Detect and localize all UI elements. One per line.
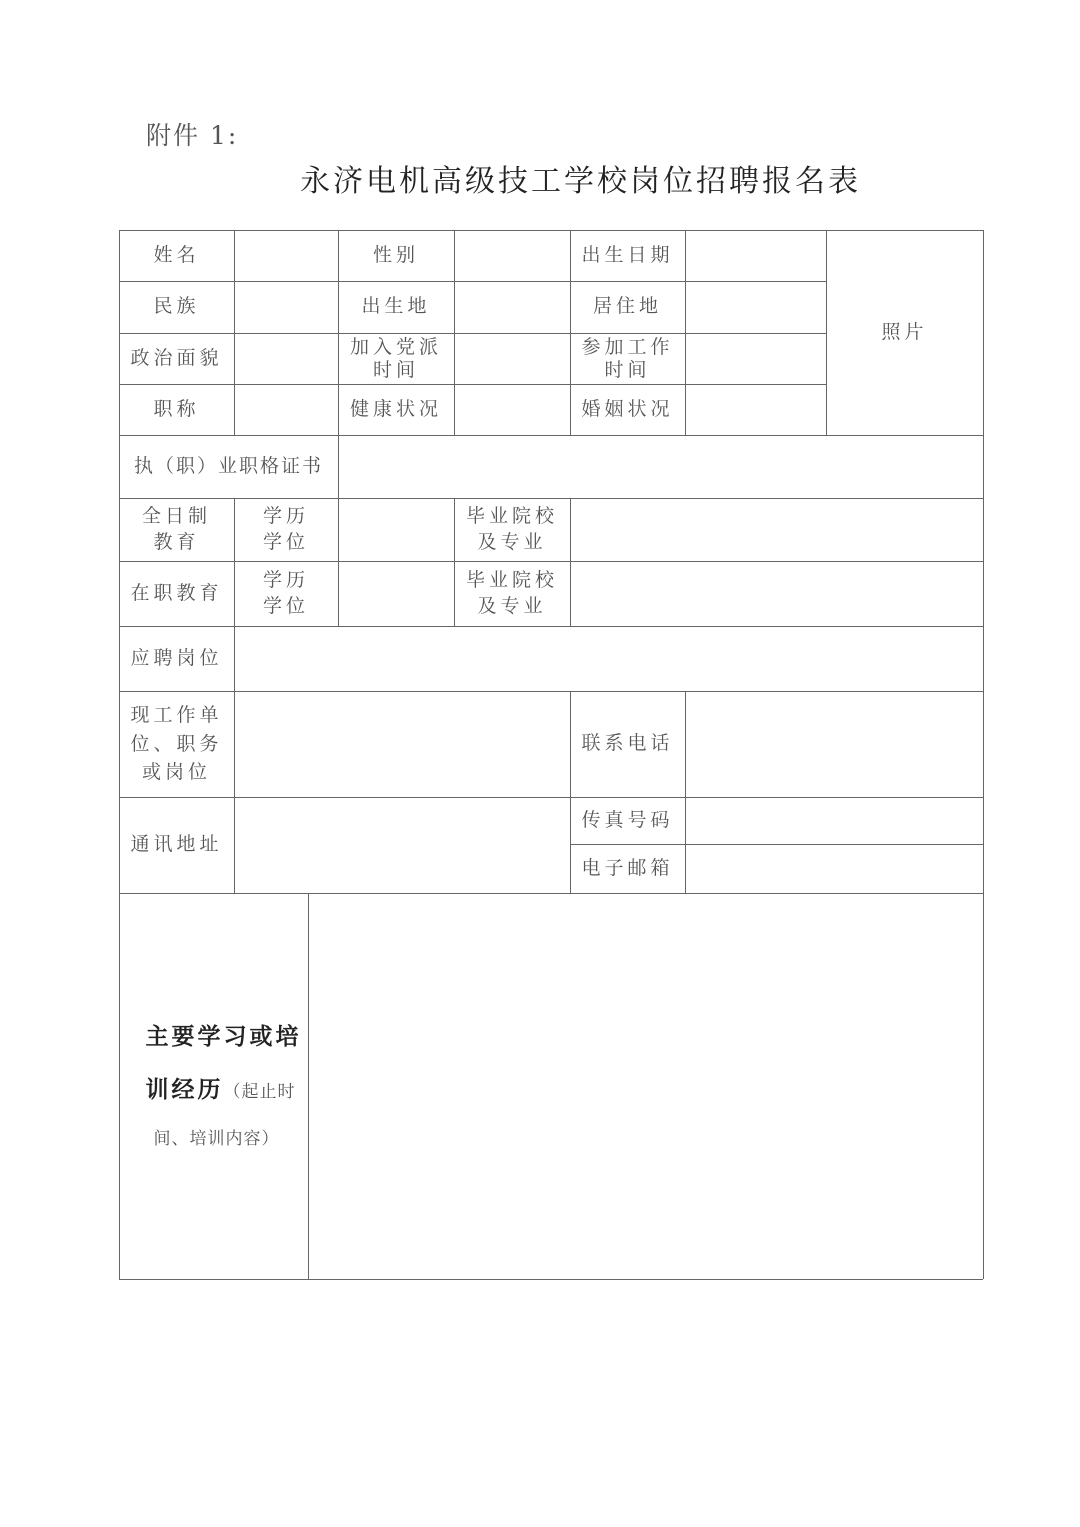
label-text: 学历 xyxy=(263,504,309,530)
label-birthplace: 出生地 xyxy=(338,281,454,333)
label-degree: 学历学位 xyxy=(234,498,338,561)
label-ethnicity: 民族 xyxy=(119,281,234,333)
label-text: 姓名 xyxy=(153,243,199,269)
label-text: 或岗位 xyxy=(130,758,222,787)
birth-date-field[interactable] xyxy=(685,230,826,281)
label-text: 时间 xyxy=(581,359,673,382)
label-text: 电子邮箱 xyxy=(581,856,673,882)
label-title-rank: 职称 xyxy=(119,384,234,435)
title-rank-field[interactable] xyxy=(234,384,338,435)
address-field[interactable] xyxy=(234,797,570,893)
label-text: 位、职务 xyxy=(130,730,222,759)
label-text: 加入党派 xyxy=(350,336,442,359)
label-text: 民族 xyxy=(153,294,199,320)
label-school-major: 毕业院校及专业 xyxy=(454,561,570,626)
label-text: 参加工作 xyxy=(581,336,673,359)
label-text: 毕业院校 xyxy=(466,504,558,530)
ethnicity-field[interactable] xyxy=(234,281,338,333)
label-position-applied: 应聘岗位 xyxy=(119,626,234,691)
label-text: 时间 xyxy=(350,359,442,382)
fulltime-degree-field[interactable] xyxy=(338,498,454,561)
label-experience: 主要学习或培 训经历（起止时 间、培训内容） xyxy=(119,893,308,1279)
label-text: 学位 xyxy=(263,594,309,620)
label-text: 在职教育 xyxy=(130,581,222,607)
experience-line-2: 训经历（起止时 xyxy=(146,1078,302,1101)
label-current-job: 现工作单位、职务或岗位 xyxy=(119,691,234,797)
work-start-time-field[interactable] xyxy=(685,333,826,384)
label-phone: 联系电话 xyxy=(570,691,685,797)
label-text: 传真号码 xyxy=(581,808,673,834)
experience-line-1: 主要学习或培 xyxy=(146,1025,302,1048)
position-applied-field[interactable] xyxy=(234,626,983,691)
label-text: 全日制 xyxy=(142,504,211,530)
label-text: 居住地 xyxy=(593,294,662,320)
current-job-field[interactable] xyxy=(234,691,570,797)
name-field[interactable] xyxy=(234,230,338,281)
label-email: 电子邮箱 xyxy=(570,844,685,893)
label-text: 教育 xyxy=(142,530,211,556)
party-join-time-field[interactable] xyxy=(454,333,570,384)
label-text: （起止时 xyxy=(224,1082,296,1102)
label-text: 性别 xyxy=(373,243,419,269)
label-political-status: 政治面貌 xyxy=(119,333,234,384)
political-status-field[interactable] xyxy=(234,333,338,384)
birthplace-field[interactable] xyxy=(454,281,570,333)
label-degree: 学历学位 xyxy=(234,561,338,626)
table-border-right xyxy=(983,230,984,1279)
label-fulltime-education: 全日制教育 xyxy=(119,498,234,561)
label-birth-date: 出生日期 xyxy=(570,230,685,281)
label-text: 照片 xyxy=(881,320,927,346)
label-address: 通讯地址 xyxy=(119,797,234,893)
registration-form-table: 姓名 性别 出生日期 照片 民族 出生地 居住地 政治面貌 加入党派时间 参加工… xyxy=(0,0,1080,1527)
label-party-join-time: 加入党派时间 xyxy=(338,333,454,384)
label-text: 出生日期 xyxy=(581,243,673,269)
inservice-degree-field[interactable] xyxy=(338,561,454,626)
label-inservice-education: 在职教育 xyxy=(119,561,234,626)
fax-field[interactable] xyxy=(685,797,983,844)
label-text: 及专业 xyxy=(466,594,558,620)
label-text: 现工作单 xyxy=(130,701,222,730)
gender-field[interactable] xyxy=(454,230,570,281)
label-text: 毕业院校 xyxy=(466,568,558,594)
experience-field[interactable] xyxy=(308,893,983,1279)
label-health: 健康状况 xyxy=(338,384,454,435)
residence-field[interactable] xyxy=(685,281,826,333)
label-text: 政治面貌 xyxy=(130,346,222,372)
label-fax: 传真号码 xyxy=(570,797,685,844)
inservice-school-field[interactable] xyxy=(570,561,983,626)
certificate-field[interactable] xyxy=(338,435,983,498)
label-marital: 婚姻状况 xyxy=(570,384,685,435)
label-work-start-time: 参加工作时间 xyxy=(570,333,685,384)
label-name: 姓名 xyxy=(119,230,234,281)
label-text: 学位 xyxy=(263,530,309,556)
label-text: 训经历 xyxy=(146,1076,224,1103)
label-text: 出生地 xyxy=(361,294,430,320)
label-text: 通讯地址 xyxy=(130,832,222,858)
label-text: 执（职）业职格证书 xyxy=(134,454,323,480)
label-text: 联系电话 xyxy=(581,731,673,757)
label-text: 学历 xyxy=(263,568,309,594)
marital-field[interactable] xyxy=(685,384,826,435)
label-residence: 居住地 xyxy=(570,281,685,333)
label-text: 职称 xyxy=(153,397,199,423)
label-text: 婚姻状况 xyxy=(581,397,673,423)
label-gender: 性别 xyxy=(338,230,454,281)
experience-line-3: 间、培训内容） xyxy=(146,1131,302,1148)
fulltime-school-field[interactable] xyxy=(570,498,983,561)
label-certificate: 执（职）业职格证书 xyxy=(119,435,338,498)
health-field[interactable] xyxy=(454,384,570,435)
phone-field[interactable] xyxy=(685,691,983,797)
label-text: 应聘岗位 xyxy=(130,646,222,672)
photo-box[interactable]: 照片 xyxy=(826,230,983,435)
label-school-major: 毕业院校及专业 xyxy=(454,498,570,561)
label-text: 健康状况 xyxy=(350,397,442,423)
label-text: 及专业 xyxy=(466,530,558,556)
table-border-bottom xyxy=(119,1279,983,1280)
email-field[interactable] xyxy=(685,844,983,893)
